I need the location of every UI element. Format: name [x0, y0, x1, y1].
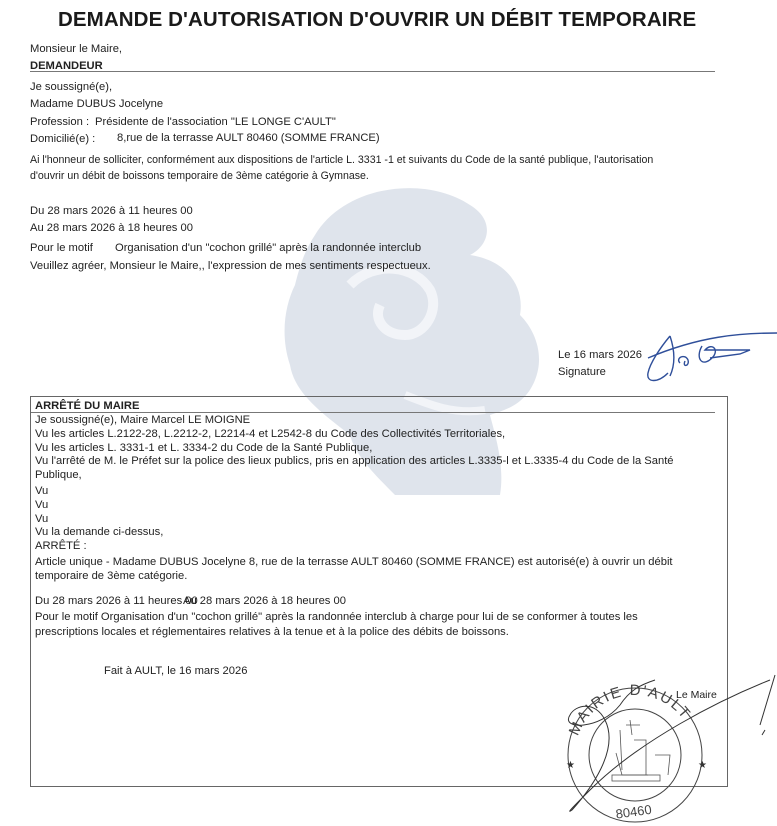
domicile-value: 8,rue de la terrasse AULT 80460 (SOMME F… — [117, 131, 380, 145]
arrete-body: Je soussigné(e), Maire Marcel LE MOIGNE … — [35, 414, 674, 584]
motif-value: Organisation d'un "cochon grillé" après … — [115, 241, 421, 255]
arrete-line: Je soussigné(e), Maire Marcel LE MOIGNE — [35, 414, 674, 428]
arrete-line: Publique, — [35, 469, 674, 483]
demandeur-divider — [30, 71, 715, 72]
profession-value: Présidente de l'association "LE LONGE C'… — [95, 115, 336, 129]
arrete-line: ARRÊTÉ : — [35, 540, 674, 554]
arrete-divider — [31, 412, 715, 413]
fait-a: Fait à AULT, le 16 mars 2026 — [104, 665, 247, 679]
mayor-signature — [560, 660, 777, 820]
arrete-line: Vu la demande ci-dessus, — [35, 526, 674, 540]
arrete-motif-line-2: prescriptions locales et réglementaires … — [35, 626, 509, 640]
request-line-1: Ai l'honneur de solliciter, conformément… — [30, 153, 653, 167]
applicant-name: Madame DUBUS Jocelyne — [30, 97, 163, 111]
applicant-signature — [640, 328, 777, 388]
arrete-line: temporaire de 3ème catégorie. — [35, 570, 674, 584]
arrete-motif-line-1: Pour le motif Organisation d'un "cochon … — [35, 611, 638, 625]
domicile-label: Domicilié(e) : — [30, 132, 95, 146]
soussigne-text: Je soussigné(e), — [30, 80, 112, 94]
arrete-date-to: Au 28 mars 2026 à 18 heures 00 — [183, 595, 346, 609]
date-from: Du 28 mars 2026 à 11 heures 00 — [30, 204, 193, 218]
arrete-line: Vu l'arrêté de M. le Préfet sur la polic… — [35, 455, 674, 469]
signature-label: Signature — [558, 365, 606, 379]
arrete-line: Vu — [35, 513, 674, 527]
document-title: DEMANDE D'AUTORISATION D'OUVRIR UN DÉBIT… — [58, 8, 696, 32]
motif-label: Pour le motif — [30, 241, 93, 255]
arrete-line: Vu — [35, 499, 674, 513]
closing-text: Veuillez agréer, Monsieur le Maire,, l'e… — [30, 259, 431, 273]
date-signed: Le 16 mars 2026 — [558, 348, 642, 362]
arrete-heading: ARRÊTÉ DU MAIRE — [35, 399, 139, 413]
arrete-line: Vu les articles L.2122-28, L.2212-2, L22… — [35, 428, 674, 442]
date-to: Au 28 mars 2026 à 18 heures 00 — [30, 221, 193, 235]
arrete-line: Vu — [35, 485, 674, 499]
arrete-date-from: Du 28 mars 2026 à 11 heures 00 — [35, 595, 198, 609]
profession-label: Profession : — [30, 115, 89, 129]
salutation: Monsieur le Maire, — [30, 42, 122, 56]
arrete-line: Article unique - Madame DUBUS Jocelyne 8… — [35, 556, 674, 570]
request-line-2: d'ouvrir un débit de boissons temporaire… — [30, 169, 369, 183]
arrete-line: Vu les articles L. 3331-1 et L. 3334-2 d… — [35, 442, 674, 456]
